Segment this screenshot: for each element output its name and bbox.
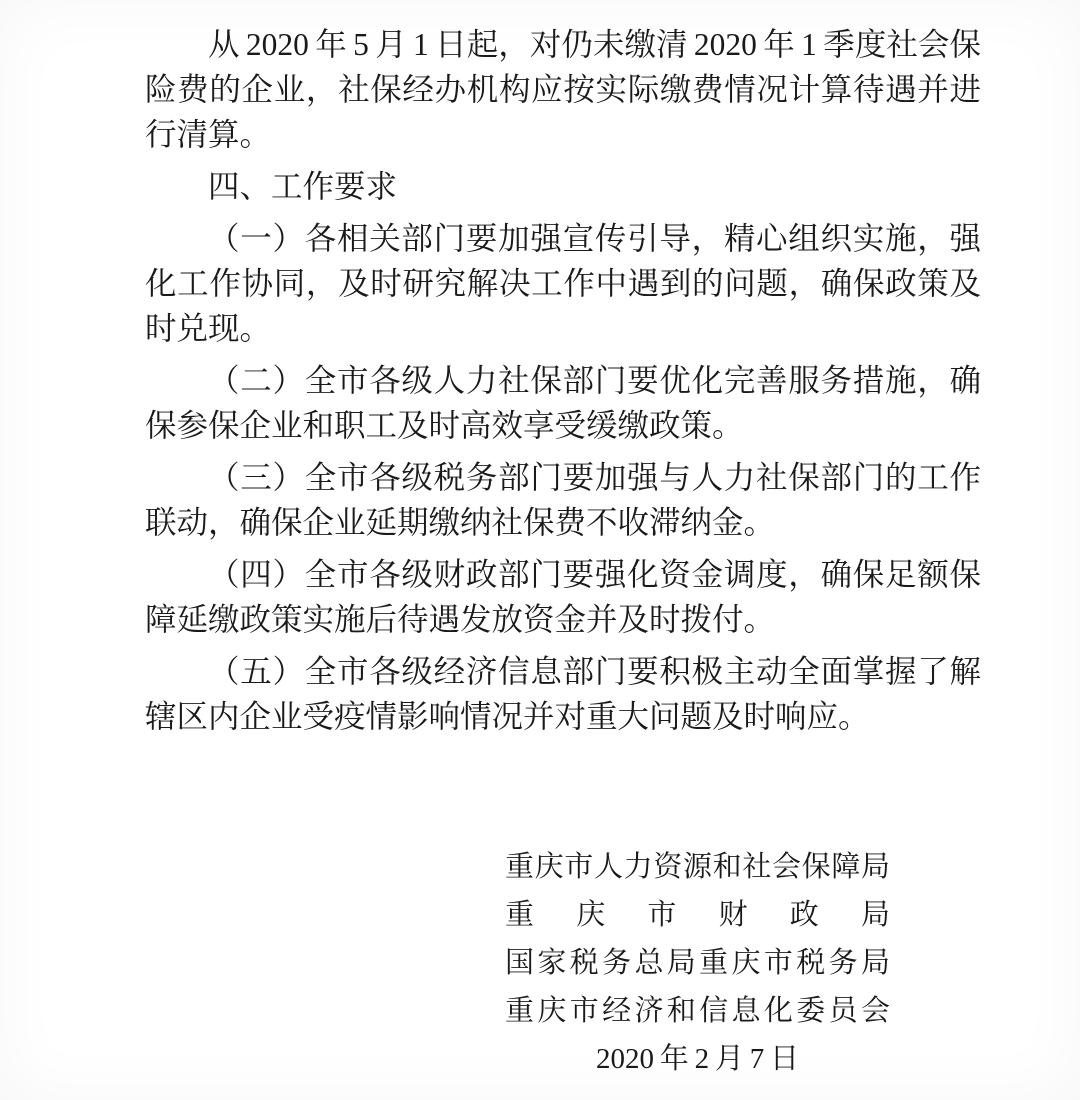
body-paragraph-item-5: （五）全市各级经济信息部门要积极主动全面掌握了解辖区内企业受疫情影响情况并对重大… xyxy=(145,649,981,739)
document-body: 从 2020 年 5 月 1 日起，对仍未缴清 2020 年 1 季度社会保险费… xyxy=(145,22,981,746)
body-paragraph-item-4: （四）全市各级财政部门要强化资金调度，确保足额保障延缴政策实施后待遇发放资金并及… xyxy=(145,552,981,642)
signature-block: 重庆市人力资源和社会保障局 重庆市财政局 国家税务总局重庆市税务局 重庆市经济和… xyxy=(505,843,890,1083)
signature-date: 2020 年 2 月 7 日 xyxy=(505,1035,890,1083)
section-heading-work-requirements: 四、工作要求 xyxy=(145,164,981,209)
signature-org-economy-information: 重庆市经济和信息化委员会 xyxy=(505,987,890,1035)
document-page: 从 2020 年 5 月 1 日起，对仍未缴清 2020 年 1 季度社会保险费… xyxy=(0,0,1080,1100)
body-paragraph-settlement: 从 2020 年 5 月 1 日起，对仍未缴清 2020 年 1 季度社会保险费… xyxy=(145,22,981,157)
body-paragraph-item-2: （二）全市各级人力社保部门要优化完善服务措施，确保参保企业和职工及时高效享受缓缴… xyxy=(145,358,981,448)
body-paragraph-item-3: （三）全市各级税务部门要加强与人力社保部门的工作联动，确保企业延期缴纳社保费不收… xyxy=(145,455,981,545)
signature-org-finance-bureau: 重庆市财政局 xyxy=(505,891,890,939)
signature-org-human-resources: 重庆市人力资源和社会保障局 xyxy=(505,843,890,891)
body-paragraph-item-1: （一）各相关部门要加强宣传引导，精心组织实施，强化工作协同，及时研究解决工作中遇… xyxy=(145,216,981,351)
signature-org-tax-bureau: 国家税务总局重庆市税务局 xyxy=(505,939,890,987)
